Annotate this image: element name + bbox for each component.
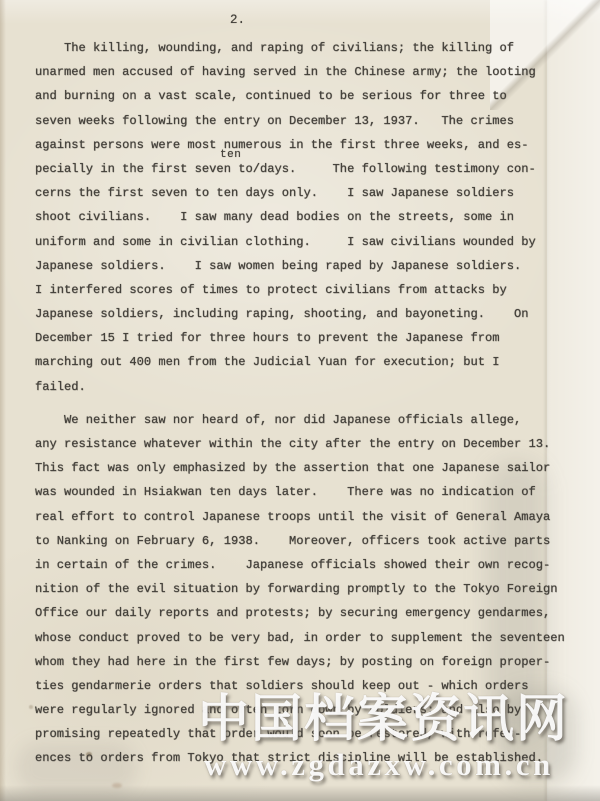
ink-speck <box>112 783 122 788</box>
text-line: nition of the evil situation by forwardi… <box>35 577 580 601</box>
text-line: Office our daily reports and protests; b… <box>35 601 580 625</box>
text-line: were regularly ignored and often torn do… <box>35 698 580 722</box>
text-line: The killing, wounding, and raping of civ… <box>35 36 580 60</box>
text-line: I interfered scores of times to protect … <box>35 278 580 302</box>
text-line: We neither saw nor heard of, nor did Jap… <box>35 408 580 432</box>
text-line: and burning on a vast scale, continued t… <box>35 84 580 108</box>
text-line: shoot civilians. I saw many dead bodies … <box>35 205 580 229</box>
text-line: uniform and some in civilian clothing. I… <box>35 230 580 254</box>
text-line: cerns the first seven to ten days only. … <box>35 181 580 205</box>
text-line: any resistance whatever within the city … <box>35 432 580 456</box>
text-line: whom they had here in the first few days… <box>35 650 580 674</box>
text-line: against persons were most numerous in th… <box>35 133 580 157</box>
text-body: The killing, wounding, and raping of civ… <box>35 36 580 771</box>
paragraph: The killing, wounding, and raping of civ… <box>35 36 580 399</box>
text-line: ences to orders from Tokyo that strict d… <box>35 746 580 770</box>
text-line: This fact was only emphasized by the ass… <box>35 456 580 480</box>
paper-left-edge-shadow <box>0 0 6 801</box>
text-line: Japanese soldiers. I saw women being rap… <box>35 254 580 278</box>
page-number: 2. <box>230 13 245 27</box>
text-line: whose conduct proved to be very bad, in … <box>35 626 580 650</box>
text-line: marching out 400 men from the Judicial Y… <box>35 350 580 374</box>
text-line: pecially in the first seven to/days. The… <box>35 157 580 181</box>
text-line: failed. <box>35 375 580 399</box>
text-line: real effort to control Japanese troops u… <box>35 505 580 529</box>
typed-insertion-word: ten <box>220 149 241 161</box>
text-line: in certain of the crimes. Japanese offic… <box>35 553 580 577</box>
text-line: unarmed men accused of having served in … <box>35 60 580 84</box>
paragraph: We neither saw nor heard of, nor did Jap… <box>35 408 580 771</box>
ink-speck <box>29 705 33 709</box>
text-line: ties gendarmerie orders that soldiers sh… <box>35 674 580 698</box>
text-line: was wounded in Hsiakwan ten days later. … <box>35 480 580 504</box>
text-line: seven weeks following the entry on Decem… <box>35 109 580 133</box>
bottom-edge-shadow <box>0 785 600 801</box>
text-line: promising repeatedly that order would so… <box>35 722 580 746</box>
text-line: to Nanking on February 6, 1938. Moreover… <box>35 529 580 553</box>
text-line: December 15 I tried for three hours to p… <box>35 326 580 350</box>
scanned-document-page: 2. The killing, wounding, and raping of … <box>0 0 600 801</box>
text-line: Japanese soldiers, including raping, sho… <box>35 302 580 326</box>
